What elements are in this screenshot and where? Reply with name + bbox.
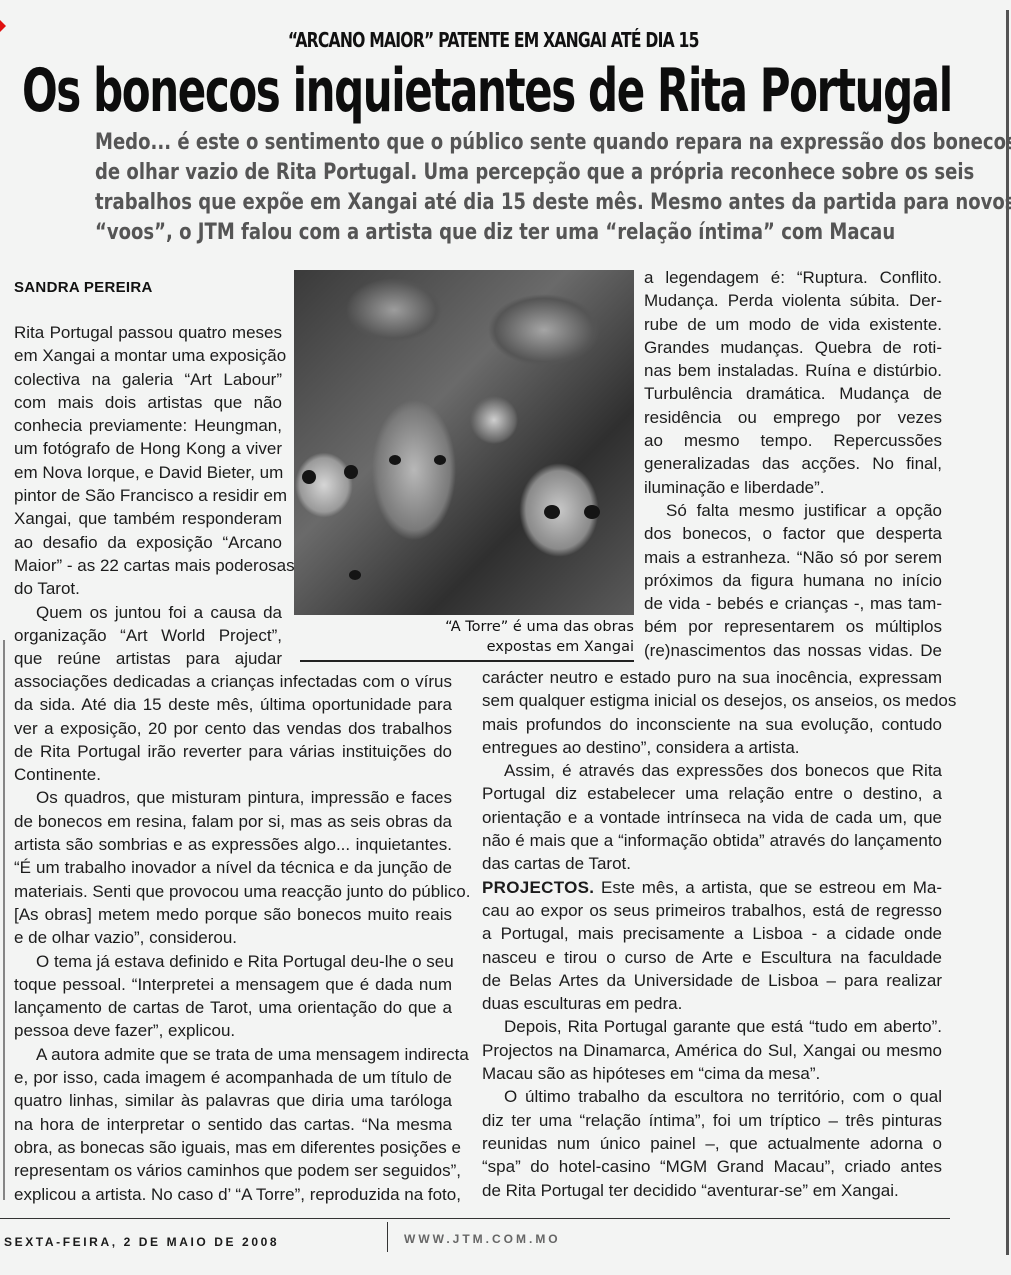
text-line: Mudança. Perda violenta súbita. Der- xyxy=(644,289,942,312)
text-line: Assim, é através das expressões dos bone… xyxy=(482,759,942,782)
text-line: a legendagem é: “Ruptura. Conflito. xyxy=(644,266,942,289)
doll-eye xyxy=(434,455,446,465)
text-line: obra, as bonecas são iguais, mas em dife… xyxy=(14,1136,452,1159)
column-left-narrow: Rita Portugal passou quatro meses em Xan… xyxy=(14,321,282,670)
caption-line: “A Torre” é uma das obras xyxy=(420,617,634,637)
text-line: Turbulência dramática. Mudança de xyxy=(644,382,942,405)
text-line: O último trabalho da escultora no territ… xyxy=(482,1085,942,1108)
byline: SANDRA PEREIRA xyxy=(14,279,153,296)
text-line: sem qualquer estigma inicial os desejos,… xyxy=(482,689,942,712)
text-line: colectiva na galeria “Art Labour” xyxy=(14,368,282,391)
text-line: Continente. xyxy=(14,763,452,786)
text-line: um fotógrafo de Hong Kong a viver xyxy=(14,437,282,460)
text-line: de Rita Portugal ter decidido “aventurar… xyxy=(482,1179,942,1202)
text-line: explicou a artista. No caso d’ “A Torre”… xyxy=(14,1183,452,1206)
text-line: [As obras] metem medo porque são bonecos… xyxy=(14,903,452,926)
text-line: organização “Art World Project”, xyxy=(14,624,282,647)
text-line: em Xangai a montar uma exposição xyxy=(14,344,282,367)
text-line: materiais. Senti que provocou uma reacçã… xyxy=(14,880,452,903)
text-line: conhecia previamente: Heungman, xyxy=(14,414,282,437)
text-line: lançamento de cartas de Tarot, uma orien… xyxy=(14,996,452,1019)
section-label: PROJECTOS. xyxy=(482,878,594,897)
photo-caption: “A Torre” é uma das obras expostas em Xa… xyxy=(420,617,634,657)
text-line: iluminação e liberdade”. xyxy=(644,476,942,499)
text-line: ao desafio da exposição “Arcano xyxy=(14,531,282,554)
text-line: “spa” do hotel-casino “MGM Grand Macau”,… xyxy=(482,1155,942,1178)
text-line: de bonecos em resina, falam por si, mas … xyxy=(14,810,452,833)
text-line: nas bem instaladas. Ruína e distúrbio. xyxy=(644,359,942,382)
text-line: do Tarot. xyxy=(14,577,282,600)
text-line: A autora admite que se trata de uma mens… xyxy=(14,1043,452,1066)
text-line: dos bonecos, o factor que desperta xyxy=(644,522,942,545)
text-line: Rita Portugal passou quatro meses xyxy=(14,321,282,344)
text-line: e, por isso, cada imagem é acompanhada d… xyxy=(14,1066,452,1089)
text-line: pintor de São Francisco a residir em xyxy=(14,484,282,507)
text-line: Macau são as hipóteses em “cima da mesa”… xyxy=(482,1062,942,1085)
text-line: “É um trabalho inovador a nível da técni… xyxy=(14,856,452,879)
lead-line: “voos”, o JTM falou com a artista que di… xyxy=(95,218,833,248)
footer-separator xyxy=(387,1222,388,1252)
text-line: Maior” - as 22 cartas mais poderosas xyxy=(14,554,282,577)
doll-eye xyxy=(344,465,358,479)
text-line: diz ter uma “relação íntima”, foi um trí… xyxy=(482,1109,942,1132)
doll-eye xyxy=(389,455,401,465)
text-line: não é mais que a “informação obtida” atr… xyxy=(482,829,942,852)
doll-eye xyxy=(544,505,560,519)
text-line: ao mesmo tempo. Repercussões xyxy=(644,429,942,452)
text-line: próximos da figura humana no início xyxy=(644,569,942,592)
text-line: de Belas Artes da Universidade de Lisboa… xyxy=(482,969,942,992)
headline: Os bonecos inquietantes de Rita Portugal xyxy=(22,58,638,124)
text-line: das cartas de Tarot. xyxy=(482,852,942,875)
text-line: quatro linhas, similar às palavras que d… xyxy=(14,1089,452,1112)
column-right-narrow: a legendagem é: “Ruptura. Conflito. Muda… xyxy=(644,266,942,662)
text-line: bém por representarem os múltiplos xyxy=(644,615,942,638)
text-line: representam os vários caminhos que podem… xyxy=(14,1159,452,1182)
text-line: na hora de interpretar o sentido das car… xyxy=(14,1113,452,1136)
text-line: da sida. Até dia 15 deste mês, última op… xyxy=(14,693,452,716)
column-border xyxy=(3,640,5,1200)
column-left-wide: associações dedicadas a crianças infecta… xyxy=(14,670,452,1206)
text-line: Projectos na Dinamarca, América do Sul, … xyxy=(482,1039,942,1062)
doll-eye xyxy=(302,470,316,484)
text-line: e de olhar vazio”, considerou. xyxy=(14,926,452,949)
text-line: artista são sombrias e as expressões alg… xyxy=(14,833,452,856)
text-line: Portugal diz estabelecer uma relação ent… xyxy=(482,782,942,805)
text-line: (re)nascimentos das nossas vidas. De xyxy=(644,639,942,662)
text-line: residência ou emprego por vezes xyxy=(644,406,942,429)
text-line: em Nova Iorque, e David Bieter, um xyxy=(14,461,282,484)
lead-line: de olhar vazio de Rita Portugal. Uma per… xyxy=(95,158,833,188)
footer-date: SEXTA-FEIRA, 2 DE MAIO DE 2008 xyxy=(4,1235,279,1249)
lead-paragraph: Medo... é este o sentimento que o públic… xyxy=(14,128,914,248)
text-line: Grandes mudanças. Quebra de roti- xyxy=(644,336,942,359)
text-line: entregues ao destino”, considera a artis… xyxy=(482,736,942,759)
column-right-wide: carácter neutro e estado puro na sua ino… xyxy=(482,666,942,1202)
text-line: associações dedicadas a crianças infecta… xyxy=(14,670,452,693)
kicker: “ARCANO MAIOR” PATENTE EM XANGAI ATÉ DIA… xyxy=(99,28,888,52)
text-line: com mais dois artistas que não xyxy=(14,391,282,414)
article-photo xyxy=(294,270,634,615)
text-line: pessoa deve fazer”, explicou. xyxy=(14,1019,452,1042)
red-corner-mark xyxy=(0,20,6,32)
text-line: generalizadas das acções. No final, xyxy=(644,452,942,475)
footer-url[interactable]: WWW.JTM.COM.MO xyxy=(404,1232,561,1246)
text-line: de Rita Portugal irão reverter para vári… xyxy=(14,740,452,763)
doll-eye xyxy=(584,505,600,519)
text-line: duas esculturas em pedra. xyxy=(482,992,942,1015)
text-line: de vida - bebés e crianças -, mas tam- xyxy=(644,592,942,615)
doll-eye xyxy=(349,570,361,580)
text-line: ver a exposição, 20 por cento das vendas… xyxy=(14,717,452,740)
section-line: PROJECTOS. Este mês, a artista, que se e… xyxy=(482,876,942,899)
text-line: rube de um modo de vida existente. xyxy=(644,313,942,336)
text-line: Xangai, que também responderam xyxy=(14,507,282,530)
text-line: orientação e a vontade intrínseca na vid… xyxy=(482,806,942,829)
text-line: toque pessoal. “Interpretei a mensagem q… xyxy=(14,973,452,996)
text-line: mais profundos do inconsciente na sua ev… xyxy=(482,713,942,736)
text-line: carácter neutro e estado puro na sua ino… xyxy=(482,666,942,689)
text-line: reunidas num único painel –, que actualm… xyxy=(482,1132,942,1155)
text-line: mais a estranheza. “Não só por serem xyxy=(644,546,942,569)
text-line: O tema já estava definido e Rita Portuga… xyxy=(14,950,452,973)
lead-line: trabalhos que expõe em Xangai até dia 15… xyxy=(95,188,833,218)
lead-line: Medo... é este o sentimento que o públic… xyxy=(95,128,833,158)
text-line: a Portugal, mais precisamente a Lisboa -… xyxy=(482,922,942,945)
text-line: nasceu e tirou o curso de Arte e Escultu… xyxy=(482,946,942,969)
text-line: Quem os juntou foi a causa da xyxy=(14,601,282,624)
text-line: Depois, Rita Portugal garante que está “… xyxy=(482,1015,942,1038)
caption-line: expostas em Xangai xyxy=(420,637,634,657)
text-fragment: Este mês, a artista, que se estreou em M… xyxy=(601,878,942,897)
text-line: Os quadros, que misturam pintura, impres… xyxy=(14,786,452,809)
footer-rule xyxy=(0,1218,950,1219)
text-line: que reúne artistas para ajudar xyxy=(14,647,282,670)
text-line: Só falta mesmo justificar a opção xyxy=(644,499,942,522)
caption-rule xyxy=(300,660,634,662)
text-line: cau ao expor os seus primeiros trabalhos… xyxy=(482,899,942,922)
